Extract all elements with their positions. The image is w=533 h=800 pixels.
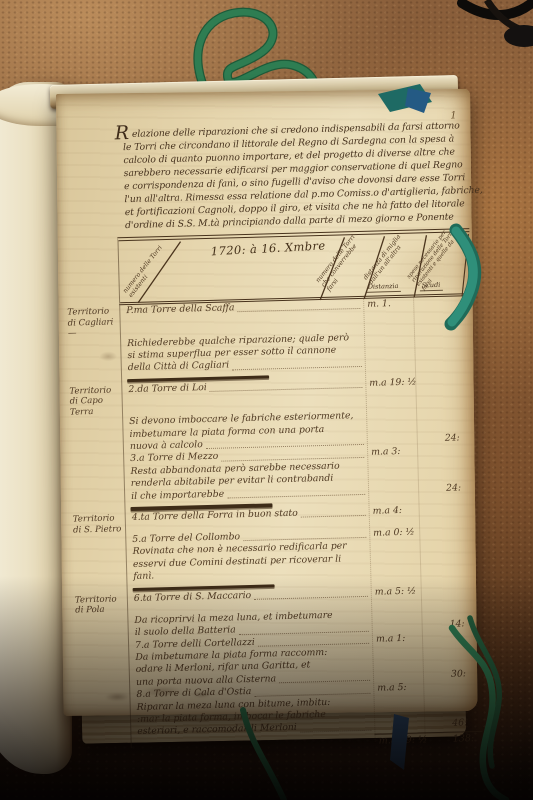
bottom-shadow	[0, 0, 533, 800]
manuscript-photo: 1 R elazione delle riparazioni che si cr…	[0, 0, 533, 800]
